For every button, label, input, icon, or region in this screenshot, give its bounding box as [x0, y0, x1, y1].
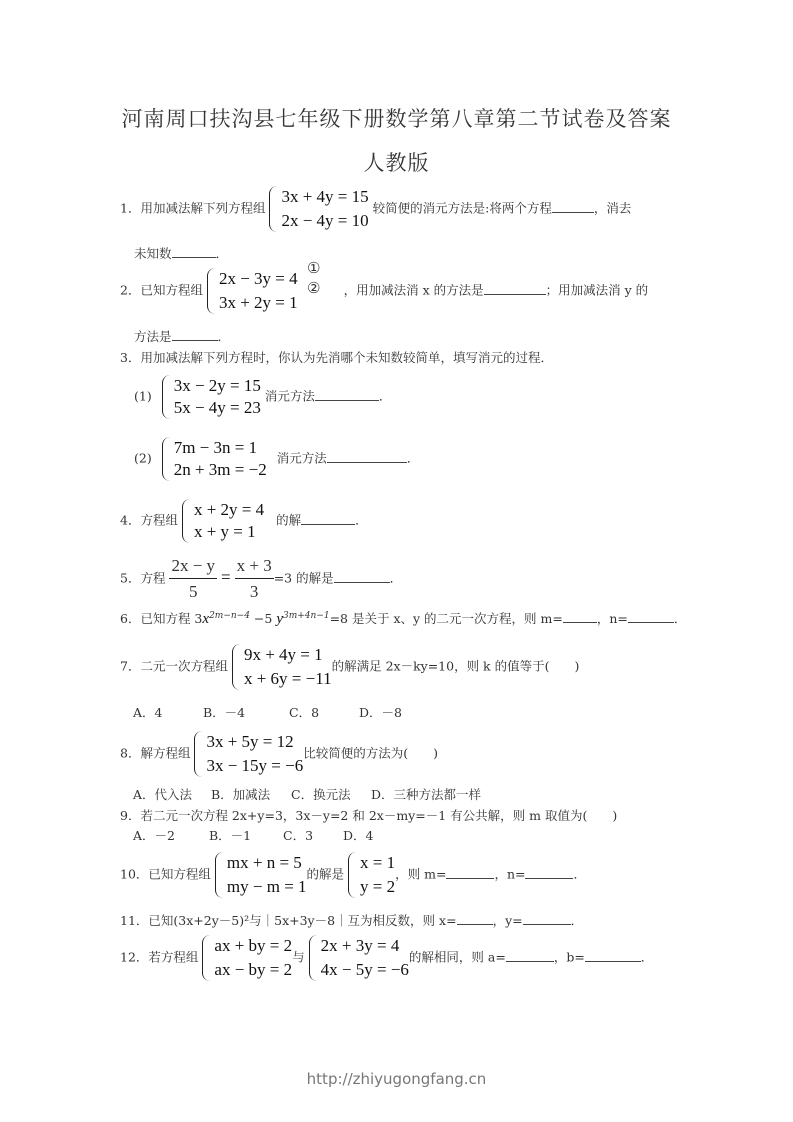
question-text: ． — [218, 329, 231, 344]
question-number: 10． — [120, 867, 148, 882]
question-text: 若二元一次方程 2x+y=3，3x－y=2 和 2x－my=－1 有公共解，则 … — [140, 808, 617, 823]
question-number: 3． — [120, 350, 140, 365]
brace-icon — [194, 731, 204, 777]
question-text: 未知数 — [134, 246, 172, 261]
document-subtitle: 人教版 — [0, 147, 793, 177]
question-text: 消元方法 — [265, 389, 315, 404]
question-number: 7． — [120, 659, 140, 674]
question-text: 用加减法解下列方程时，你认为先消哪个未知数较简单，填写消元的过程． — [140, 350, 553, 365]
equation-system: 2x − 3y = 43x + 2y = 1 — [207, 268, 298, 314]
question-text: 消元方法 — [277, 451, 327, 466]
answer-blank[interactable] — [172, 245, 216, 258]
equation: 9x + 4y = 1 — [244, 644, 332, 666]
fraction: 2x − y5 — [169, 556, 217, 602]
question-text: 比较简便的方法为( ) — [303, 746, 438, 761]
option-b[interactable]: B．－1 — [209, 826, 283, 844]
question-text: ． — [573, 867, 586, 882]
equation: ax + by = 2 — [214, 935, 292, 957]
question-text: ． — [379, 389, 392, 404]
option-d[interactable]: D．三种方法都一样 — [371, 787, 481, 802]
equation: my − m = 1 — [227, 876, 307, 898]
exponent: 2m−n−4 — [209, 611, 250, 621]
footer-url[interactable]: http://zhiyugongfang.cn — [0, 1070, 793, 1088]
brace-icon — [348, 852, 358, 898]
equation: 4x − 5y = −6 — [321, 959, 409, 981]
question-text: 方法是 — [134, 329, 172, 344]
question-8: 8．解方程组 3x + 5y = 123x − 15y = −6比较简便的方法为… — [120, 731, 438, 777]
question-text: =8 是关于 x、y 的二元一次方程，则 m= — [330, 611, 563, 626]
question-text: 方程 — [140, 571, 165, 586]
question-text: ，n= — [494, 867, 525, 882]
question-text: ． — [407, 451, 420, 466]
question-text: −5 — [250, 611, 276, 626]
question-text: ，消去 — [594, 201, 632, 216]
question-text: ；用加减法消 y 的 — [546, 283, 649, 298]
question-3-part-2: (2) 7m − 3n = 12n + 3m = −2 消元方法． — [134, 437, 419, 481]
brace-icon — [162, 375, 172, 419]
question-number: 12． — [120, 950, 148, 965]
question-7-options: A．4B．－4C．8D．－8 — [133, 703, 402, 721]
question-text: =3 的解是 — [274, 571, 334, 586]
question-number: 2． — [120, 283, 140, 298]
option-c[interactable]: C．3 — [283, 826, 343, 844]
answer-blank[interactable] — [334, 570, 390, 583]
option-c[interactable]: C．换元法 — [291, 785, 371, 803]
equation-system: x + 2y = 4x + y = 1 — [182, 499, 264, 543]
question-text: 的解 — [276, 513, 301, 528]
equals-sign: = — [221, 568, 231, 587]
question-text: 二元一次方程组 — [140, 659, 228, 674]
numerator: x + 3 — [235, 556, 274, 579]
equation: x + y = 1 — [194, 521, 264, 543]
question-7: 7．二元一次方程组 9x + 4y = 1x + 6y = −11的解满足 2x… — [120, 644, 579, 690]
question-text: ． — [674, 611, 687, 626]
answer-blank[interactable] — [506, 949, 554, 962]
question-number: 11． — [120, 913, 148, 928]
equation-system: 3x + 4y = 152x − 4y = 10 — [269, 186, 368, 232]
question-text: ，n= — [597, 611, 628, 626]
answer-blank[interactable] — [585, 949, 641, 962]
question-number: 5． — [120, 571, 140, 586]
question-text: ，y= — [493, 913, 523, 928]
equation: x + 2y = 4 — [194, 499, 264, 521]
equation: x + 6y = −11 — [244, 668, 332, 690]
answer-blank[interactable] — [446, 866, 494, 879]
question-text: ，b= — [554, 950, 585, 965]
equation-system: 3x − 2y = 155x − 4y = 23 — [162, 375, 261, 419]
question-text: 用加减法解下列方程组 — [140, 201, 265, 216]
question-text: 的解满足 2x－ky=10，则 k 的值等于( ) — [332, 659, 580, 674]
question-text: 已知方程组 — [148, 867, 211, 882]
equation-system: ax + by = 2ax − by = 2 — [202, 935, 292, 981]
question-text: ． — [216, 246, 229, 261]
question-3-part-1: (1) 3x − 2y = 155x − 4y = 23 消元方法． — [134, 375, 391, 419]
brace-icon — [202, 935, 212, 981]
question-number: 8． — [120, 746, 140, 761]
equation-system: 9x + 4y = 1x + 6y = −11 — [232, 644, 332, 690]
answer-blank[interactable] — [525, 866, 573, 879]
question-text: 的解相同，则 a= — [409, 950, 506, 965]
option-b[interactable]: B．加减法 — [211, 785, 291, 803]
brace-icon — [269, 186, 279, 232]
question-10: 10．已知方程组 mx + n = 5my − m = 1的解是 x = 1y … — [120, 852, 586, 898]
equation: 2x − 4y = 10 — [281, 210, 368, 232]
option-d[interactable]: D．4 — [343, 828, 373, 843]
equation-system: 3x + 5y = 123x − 15y = −6 — [194, 731, 303, 777]
option-b[interactable]: B．－4 — [203, 703, 289, 721]
document-title: 河南周口扶沟县七年级下册数学第八章第二节试卷及答案 — [0, 103, 793, 133]
part-label: (1) — [134, 389, 152, 404]
equation: 5x − 4y = 23 — [174, 397, 261, 419]
question-text: ． — [390, 571, 403, 586]
equation: 7m − 3n = 1 — [174, 437, 267, 459]
answer-blank[interactable] — [301, 512, 355, 525]
equation: y = 2 — [360, 876, 395, 898]
option-d[interactable]: D．－8 — [359, 705, 402, 720]
equation: 2x + 3y = 4 — [321, 935, 409, 957]
solution-system: x = 1y = 2 — [348, 852, 395, 898]
question-1-line2: 未知数． — [134, 244, 228, 262]
equation: 3x + 4y = 15 — [281, 186, 368, 208]
question-8-options: A．代入法B．加减法C．换元法D．三种方法都一样 — [133, 785, 481, 803]
equation: ax − by = 2 — [214, 959, 292, 981]
option-a[interactable]: A．－2 — [133, 826, 209, 844]
question-text: 的解是 — [307, 867, 345, 882]
brace-icon — [215, 852, 225, 898]
equation-system-2: 2x + 3y = 44x − 5y = −6 — [309, 935, 409, 981]
answer-blank[interactable] — [327, 450, 407, 463]
equation: 3x − 15y = −6 — [206, 755, 303, 777]
question-number: 9． — [120, 808, 140, 823]
equation: 2x − 3y = 4 — [219, 268, 298, 290]
question-1: 1．用加减法解下列方程组 3x + 4y = 152x − 4y = 10 较简… — [120, 186, 631, 232]
denominator: 5 — [189, 579, 198, 602]
question-text: 已知(3x+2y－5)²与｜5x+3y－8｜互为相反数，则 x= — [148, 913, 456, 928]
equation-system: mx + n = 5my − m = 1 — [215, 852, 307, 898]
part-label: (2) — [134, 451, 152, 466]
answer-blank[interactable] — [628, 610, 674, 623]
equation: 2n + 3m = −2 — [174, 459, 267, 481]
numerator: 2x − y — [169, 556, 217, 579]
brace-icon — [162, 437, 172, 481]
question-text: 若方程组 — [148, 950, 198, 965]
question-3: 3．用加减法解下列方程时，你认为先消哪个未知数较简单，填写消元的过程． — [120, 348, 553, 366]
equation: mx + n = 5 — [227, 852, 307, 874]
question-2-line2: 方法是． — [134, 327, 230, 345]
question-text: ． — [641, 950, 654, 965]
question-number: 6． — [120, 611, 140, 626]
question-number: 1． — [120, 201, 140, 216]
equation: 3x + 5y = 12 — [206, 731, 303, 753]
question-12: 12．若方程组 ax + by = 2ax − by = 2与 2x + 3y … — [120, 935, 653, 981]
question-text: ，用加减法消 x 的方法是 — [344, 283, 484, 298]
answer-blank[interactable] — [315, 388, 379, 401]
question-number: 4． — [120, 513, 140, 528]
fraction: x + 33 — [235, 556, 274, 602]
question-text: ． — [355, 513, 368, 528]
answer-blank[interactable] — [172, 328, 218, 341]
brace-icon — [309, 935, 319, 981]
equation: 3x + 2y = 1 — [219, 292, 298, 314]
question-text: 方程组 — [140, 513, 178, 528]
question-9: 9．若二元一次方程 2x+y=3，3x－y=2 和 2x－my=－1 有公共解，… — [120, 806, 617, 824]
equation: 3x − 2y = 15 — [174, 375, 261, 397]
question-2: 2．已知方程组 2x − 3y = 43x + 2y = 1 ，用加减法消 x … — [120, 268, 648, 314]
question-5: 5．方程 2x − y5 = x + 33=3 的解是． — [120, 556, 402, 602]
brace-icon — [232, 644, 242, 690]
exponent: 3m+4n−1 — [283, 611, 330, 621]
option-a[interactable]: A．4 — [133, 703, 203, 721]
brace-icon — [182, 499, 192, 543]
question-9-options: A．－2B．－1C．3D．4 — [133, 826, 373, 844]
answer-blank[interactable] — [457, 912, 493, 925]
option-c[interactable]: C．8 — [289, 703, 359, 721]
denominator: 3 — [250, 579, 259, 602]
question-text: 解方程组 — [140, 746, 190, 761]
equation-system: 7m − 3n = 12n + 3m = −2 — [162, 437, 267, 481]
question-4: 4．方程组 x + 2y = 4x + y = 1 的解． — [120, 499, 368, 543]
answer-blank[interactable] — [484, 282, 546, 295]
question-text: 已知方程 3 — [140, 611, 202, 626]
brace-icon — [207, 268, 217, 314]
answer-blank[interactable] — [523, 912, 571, 925]
equation: x = 1 — [360, 852, 395, 874]
question-text: ． — [571, 913, 584, 928]
answer-blank[interactable] — [552, 200, 594, 213]
variable: y — [276, 611, 283, 627]
option-a[interactable]: A．代入法 — [133, 785, 211, 803]
answer-blank[interactable] — [563, 610, 597, 623]
question-6: 6．已知方程 3x2m−n−4 −5 y3m+4n−1=8 是关于 x、y 的二… — [120, 609, 686, 628]
question-text: 较简便的消元方法是:将两个方程 — [373, 201, 552, 216]
question-text: 已知方程组 — [140, 283, 203, 298]
question-text: ，则 m= — [395, 867, 446, 882]
question-11: 11．已知(3x+2y－5)²与｜5x+3y－8｜互为相反数，则 x=，y=． — [120, 911, 583, 929]
